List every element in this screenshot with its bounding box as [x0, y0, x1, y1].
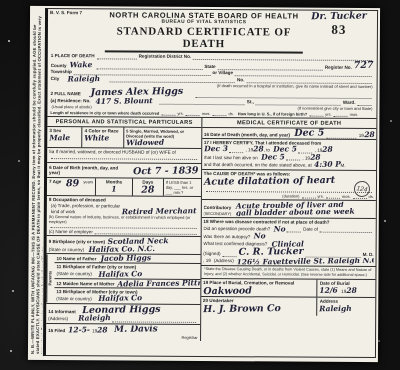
- autopsy-value: No: [253, 232, 265, 240]
- marital-value: Widowed: [126, 138, 199, 147]
- signed-label: (Signed): [203, 251, 220, 257]
- city-value: Raleigh: [67, 75, 100, 83]
- scan-speck: [8, 40, 10, 42]
- birth-date-label: 6 Date of Birth (month, day, and year): [49, 165, 129, 177]
- yrs-label: yrs.: [325, 112, 331, 117]
- physician-address-label: (Address): [214, 259, 234, 265]
- undertaker-address-value: Raleigh: [320, 304, 374, 312]
- mother-birthplace-sub-label: (State or country): [56, 296, 92, 302]
- residence-value: 417 S. Blount: [96, 97, 153, 105]
- attended-to-year: 28: [322, 146, 333, 154]
- mos-label: mos.: [202, 111, 211, 116]
- meridiem-label: M.: [340, 163, 345, 169]
- age-years-value: 89: [66, 179, 79, 189]
- death-year-value: 28: [364, 131, 375, 139]
- age-months-value: 1: [98, 185, 130, 193]
- question-18-block: 18 Where was disease contracted if not a…: [201, 218, 376, 267]
- ds-label: ds.: [228, 111, 233, 116]
- date-of-birth-row: 6 Date of Birth (month, day, and year) O…: [47, 163, 201, 179]
- year-prefix: , 19: [245, 147, 253, 153]
- employer-label: (c) Name of employer: [49, 229, 93, 235]
- informant-label: 14 Informant: [48, 309, 76, 315]
- mother-name-label: 12 Maiden Name of Mother: [56, 281, 114, 287]
- father-name-label: 10 Name of Father: [57, 256, 97, 262]
- certification-block: 17 I HEREBY CERTIFY, That I attended dec…: [202, 138, 377, 170]
- mos-label: mos.: [350, 112, 359, 117]
- year-prefix: , 19: [203, 258, 211, 264]
- certificate-form: B. V. S. Form 7 NORTH CAROLINA STATE BOA…: [43, 8, 378, 358]
- spouse-row: 5a If married, widowed, or divorced HUSB…: [47, 148, 201, 164]
- autopsy-label: Was there an autopsy?: [203, 234, 250, 240]
- age-less-note: If LESS than 1 day, ___ hrs. or ___ min.…: [166, 180, 199, 195]
- occupation-trade-value: Retired Merchant: [122, 207, 197, 215]
- full-name-label: 2 FULL NAME: [51, 91, 81, 97]
- mother-birthplace-value: Halifax Co: [98, 295, 142, 303]
- death-occurred-label: and that death occurred, on the date sta…: [204, 162, 312, 168]
- physician-signature: C. R. Tucker: [239, 247, 304, 257]
- informant-address-label: (Address): [48, 316, 68, 322]
- city-label: City: [51, 76, 60, 82]
- attended-from-year: 28: [253, 145, 264, 153]
- duration-label: (duration): [282, 193, 299, 198]
- contributory-value-line2: gall bladder about one week: [235, 208, 354, 217]
- registrar-label: Registrar: [48, 334, 198, 340]
- burial-place-value: Oakwood: [203, 285, 315, 296]
- contributory-block: Contributory (SECONDARY) Acute trouble o…: [201, 200, 375, 219]
- register-no-value: 727: [354, 61, 374, 71]
- father-birthplace-row: 11 Birthplace of Father (city or town) (…: [54, 263, 200, 280]
- death-date-value: Dec 5: [294, 128, 324, 138]
- filed-label: 15 Filed: [48, 328, 65, 334]
- form-number: B. V. S. Form 7: [50, 10, 105, 52]
- age-label: 7 Age: [49, 179, 61, 185]
- yrs-label: yrs.: [177, 111, 183, 116]
- foreign-note: How long in U. S., if of foreign birth?: [238, 111, 307, 116]
- age-row: 7 Age 89 years Months 1 Days 28: [47, 178, 201, 197]
- last-saw-year: 28: [310, 153, 321, 161]
- birthplace-row: 9 Birthplace (city or town) Scotland Nec…: [47, 236, 201, 255]
- margin-instructions: N. B.—WRITE PLAINLY, WITH UNFADING INK—T…: [30, 10, 44, 354]
- occupation-row: 8 Occupation of deceased (a) Trade, prof…: [47, 196, 201, 237]
- father-name-value: Jacob Higgs: [100, 255, 151, 263]
- mother-birthplace-row: 13 Birthplace of Mother (city or town) (…: [54, 288, 200, 304]
- county-label: County: [51, 63, 67, 69]
- burial-row: 19 Place of Burial, Cremation, or Remova…: [201, 279, 375, 298]
- county-value: Wake: [69, 61, 92, 69]
- abode-note: (Usual place of abode): [51, 104, 91, 109]
- race-value: White: [85, 134, 122, 142]
- place-of-death-label: 1 PLACE OF DEATH: [51, 53, 95, 59]
- length-note: Length of residence in city or town wher…: [50, 110, 159, 116]
- age-years-label: years: [83, 179, 93, 184]
- father-birthplace-value: Halifax Co: [98, 270, 142, 278]
- cause-of-death-block: The CAUSE OF DEATH* was as follows: Acut…: [202, 170, 377, 201]
- attended-from-date: Dec 3: [204, 145, 228, 153]
- informant-address-value: Raleigh: [78, 314, 111, 322]
- filed-date-value: 12-5-: [68, 326, 90, 334]
- birthplace-state-value: Halifax Co. N.C.: [88, 245, 154, 253]
- operation-value: No: [273, 225, 285, 233]
- age-days-value: 28: [135, 185, 161, 195]
- sex-race-marital-row: 3 Sex Male 4 Color or Race White 5 Singl…: [47, 127, 201, 148]
- undertaker-row: 20 Undertaker H. J. Brown Co Address Ral…: [201, 297, 375, 315]
- death-year-prefix: 19: [359, 133, 364, 139]
- street-label: St.,: [247, 100, 254, 106]
- scan-background: N. B.—WRITE PLAINLY, WITH UNFADING INK—T…: [0, 0, 400, 370]
- personal-column: PERSONAL AND STATISTICAL PARTICULARS 3 S…: [46, 117, 202, 341]
- ds-label: ds.: [369, 194, 374, 199]
- mother-name-value: Adelia Frances Pittman: [118, 279, 200, 288]
- death-certificate: N. B.—WRITE PLAINLY, WITH UNFADING INK—T…: [28, 6, 380, 362]
- birth-date-value: Oct 7 - 1839: [133, 167, 199, 177]
- yrs-label: yrs.: [317, 194, 323, 199]
- death-date-label: 16 Date of Death (month, day, and year): [204, 132, 290, 138]
- last-saw-label: that I last saw him alive on: [204, 154, 258, 160]
- last-saw-date: Dec 5: [261, 153, 285, 161]
- father-birthplace-sub-label: (State or country): [56, 272, 92, 278]
- parents-label: Parents: [46, 254, 54, 303]
- physician-address-value: 126½ Fayetteville St. Raleigh N.C.: [237, 257, 374, 266]
- village-label: or Village: [212, 70, 233, 76]
- burial-year-value: 28: [346, 287, 357, 295]
- form-header: B. V. S. Form 7 NORTH CAROLINA STATE BOA…: [48, 9, 377, 55]
- handwritten-annotation: Dr. Tucker: [303, 11, 375, 22]
- informant-row: 14 Informant Leonard Higgs (Address) Ral…: [46, 304, 200, 325]
- certificate-number: 83: [303, 21, 375, 37]
- cause-footnote: *State the Disease Causing Death, or in …: [201, 266, 375, 280]
- undertaker-value: H. J. Brown Co: [203, 304, 315, 315]
- mos-label: mos.: [342, 194, 351, 199]
- operation-date-label: Date of: [303, 227, 318, 233]
- filed-year-value: 28: [97, 327, 108, 335]
- certificate-title: STANDARD CERTIFICATE OF DEATH: [105, 25, 303, 53]
- parents-block: Parents 10 Name of Father Jacob Higgs 11…: [46, 254, 200, 304]
- occupation-trade-label: (a) Trade, profession, or particular kin…: [51, 203, 122, 215]
- burial-date-value: 12/6: [320, 286, 338, 294]
- sex-value: Male: [49, 134, 79, 142]
- filed-row: 15 Filed 12-5- 19 28 M. Davis Registrar: [46, 324, 200, 341]
- certificate-columns: PERSONAL AND STATISTICAL PARTICULARS 3 S…: [46, 117, 376, 342]
- death-time-value: 4:30 P: [314, 161, 341, 169]
- secondary-label: (SECONDARY): [203, 211, 231, 216]
- year-prefix: , 19: [302, 155, 310, 161]
- registrar-signature: M. Davis: [114, 325, 158, 335]
- birthplace-state-label: (State or country): [49, 247, 85, 253]
- district-label: Registration District No.: [139, 54, 192, 60]
- medical-column: MEDICAL CERTIFICATE OF DEATH 16 Date of …: [201, 118, 377, 342]
